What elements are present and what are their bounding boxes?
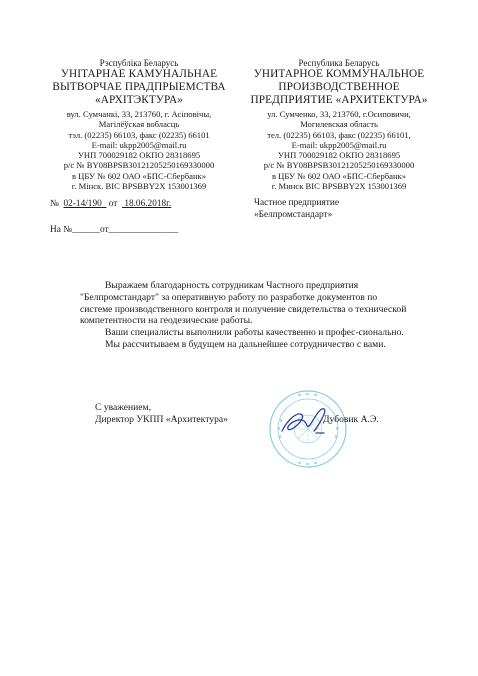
region: Магілёўская вобласць <box>40 119 238 129</box>
email: E-mail: ukpp2005@mail.ru <box>240 140 438 150</box>
reply-number: ______ <box>72 225 100 235</box>
email: E-mail: ukpp2005@mail.ru <box>40 140 238 150</box>
bank-account: р/с № BY08BPSB30121205250169330000 <box>240 160 438 170</box>
country-name-ru: Республика Беларусь <box>240 58 438 68</box>
header-right-russian: Республика Беларусь УНИТАРНОЕ КОММУНАЛЬН… <box>240 58 438 191</box>
address: ул. Сумченко, 33, 213760, г.Осиповичи, <box>240 109 438 119</box>
address: вул. Сумчанкі, 33, 213760, г. Асіповічы, <box>40 109 238 119</box>
org-name-line-2: ПРОИЗВОДСТВЕННОЕ <box>240 81 438 94</box>
body-paragraph-3: Мы рассчитываем в будущем на дальнейшее … <box>80 339 410 351</box>
signature-block: С уважением, Директор УКПП «Архитектура» <box>95 402 228 426</box>
phone-fax: тэл. (02235) 66103, факс (02235) 66101 <box>40 130 238 140</box>
phone-fax: тел. (02235) 66103, факс (02235) 66101, <box>240 130 438 140</box>
recipient-block: Частное предприятие «Белпромстандарт» <box>254 198 339 221</box>
number-label: № <box>50 199 59 209</box>
registration-ids: УНП 700029182 ОКПО 28318695 <box>240 150 438 160</box>
org-name-line-2: ВЫТВОРЧАЕ ПРАДПРЫЕМСТВА <box>40 81 238 94</box>
recipient-line-2: «Белпромстандарт» <box>254 210 339 222</box>
body-paragraph-2: Ваши специалисты выполнили работы качест… <box>80 327 410 339</box>
reply-date: _______________ <box>109 225 179 235</box>
recipient-line-1: Частное предприятие <box>254 198 339 210</box>
city-bic: г. Минск BIC BPSBBY2X 153001369 <box>240 181 438 191</box>
org-name-line-1: УНИТАРНОЕ КОММУНАЛЬНОЕ <box>240 68 438 81</box>
signer-name: Дубовик А.Э. <box>323 414 379 425</box>
bank-name: в ЦБУ № 602 ОАО «БПС-Сбербанк» <box>240 171 438 181</box>
bank-account: р/с № BY08BPSB30121205250169330000 <box>40 160 238 170</box>
city-bic: г. Мінск. BIC BPSBBY2X 153001369 <box>40 181 238 191</box>
closing: С уважением, <box>95 402 228 414</box>
signer-position: Директор УКПП «Архитектура» <box>95 414 228 426</box>
body-paragraph-1: Выражаем благодарность сотрудникам Частн… <box>80 280 410 327</box>
org-name-line-3: ПРЕДПРИЯТИЕ «АРХИТЕКТУРА» <box>240 94 438 107</box>
header-left-belarusian: Рэспубліка Беларусь УНІТАРНАЕ КАМУНАЛЬНА… <box>40 58 238 191</box>
from-label: от <box>109 199 118 209</box>
country-name-by: Рэспубліка Беларусь <box>40 58 238 68</box>
reply-from-label: от <box>100 225 109 235</box>
region: Могилевская область <box>240 119 438 129</box>
bank-name: в ЦБУ № 602 ОАО «БПС-Сбербанк» <box>40 171 238 181</box>
org-name-line-1: УНІТАРНАЕ КАМУНАЛЬНАЕ <box>40 68 238 81</box>
outgoing-number-line: № 02-14/190 от 18.06.2018г. <box>50 198 171 210</box>
letter-number: 02-14/190 <box>64 199 102 209</box>
letter-body: Выражаем благодарность сотрудникам Частн… <box>80 280 410 351</box>
letter-date: 18.06.2018г. <box>124 199 171 209</box>
registration-ids: УНП 700029182 ОКПО 28318695 <box>40 150 238 160</box>
signature-icon <box>282 409 325 433</box>
org-name-line-3: «АРХІТЭКТУРА» <box>40 94 238 107</box>
official-stamp-icon <box>268 389 348 469</box>
reply-label: На № <box>50 225 72 235</box>
reply-reference-line: На №______от_______________ <box>50 224 178 236</box>
